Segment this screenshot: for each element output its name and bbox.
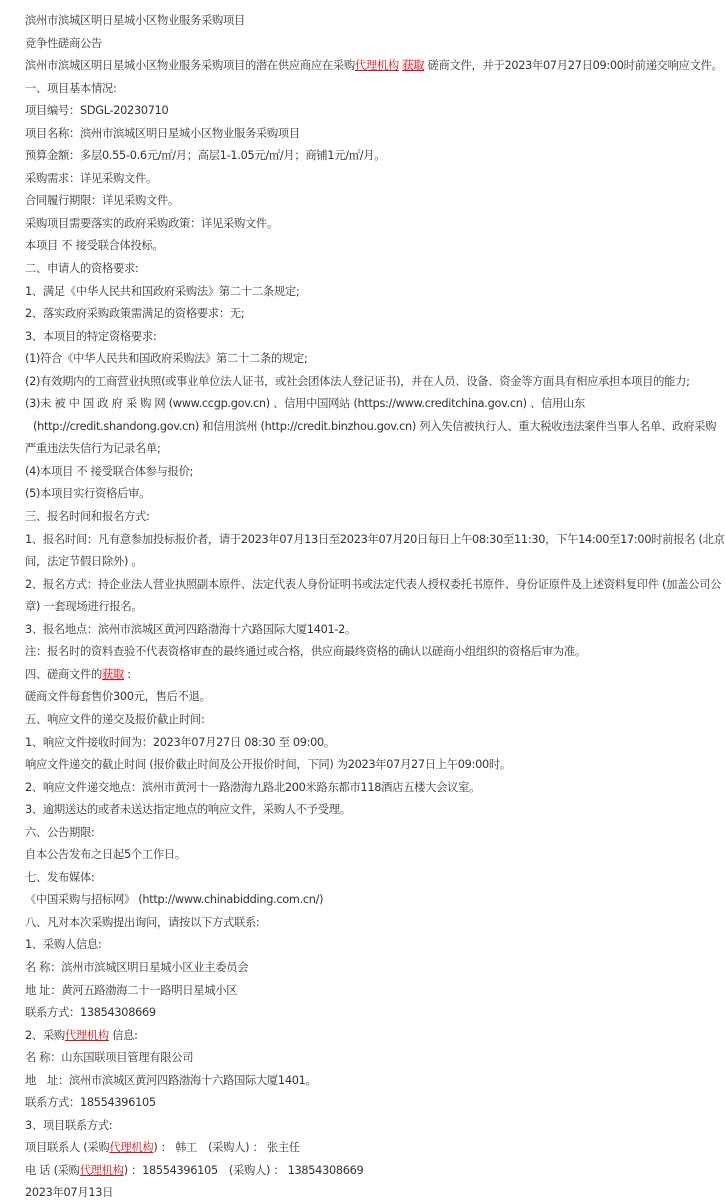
project-number: 项目编号：SDGL-20230710 (25, 100, 725, 123)
section8-heading: 八、凡对本次采购提出询问，请按以下方式联系: (25, 912, 725, 935)
section3-heading: 三、报名时间和报名方式: (25, 506, 725, 529)
publishing-media: 《中国采购与招标网》 (http://www.chinabidding.com.… (25, 889, 725, 912)
consortium-note: 本项目 不 接受联合体投标。 (25, 235, 725, 258)
intro-text-after: 磋商文件，并于2023年07月27日09:00时前递交响应文件。 (424, 59, 722, 72)
project-name: 项目名称：滨州市滨城区明日星城小区物业服务采购项目 (25, 123, 725, 146)
registration-method-line1: 2、报名方式：持企业法人营业执照副本原件、法定代表人身份证明书或法定代表人授权委… (25, 574, 725, 597)
purchaser-address: 地 址：黄河五路渤海二十一路明日星城小区 (25, 980, 725, 1003)
link-agency[interactable]: 代理机构 (355, 59, 399, 72)
contact-person-suffix: ) ： 韩工 (采购人) ： 张主任 (153, 1141, 299, 1154)
phone-suffix: ) ：18554396105 (采购人) ： 13854308669 (124, 1164, 364, 1177)
contact-person-prefix: 项目联系人 (采购 (25, 1141, 109, 1154)
link-agency[interactable]: 代理机构 (65, 1029, 109, 1042)
purchaser-heading: 1、采购人信息: (25, 934, 725, 957)
agency-name: 名 称：山东国联项目管理有限公司 (25, 1047, 725, 1070)
section2-heading: 二、申请人的资格要求: (25, 258, 725, 281)
section4-heading-colon: : (124, 668, 131, 681)
phone-prefix: 电 话 (采购 (25, 1164, 80, 1177)
section7-heading: 七、发布媒体: (25, 867, 725, 890)
registration-note: 注：报名时的资料查验不代表资格审查的最终通过或合格，供应商最终资格的确认以磋商小… (25, 641, 725, 664)
qualification-sub-5: (5)本项目实行资格后审。 (25, 483, 725, 506)
registration-location: 3、报名地点：滨州市滨城区黄河四路渤海十六路国际大厦1401-2。 (25, 619, 725, 642)
section6-heading: 六、公告期限: (25, 822, 725, 845)
link-agency[interactable]: 代理机构 (80, 1164, 124, 1177)
response-deadline: 响应文件递交的截止时间 (报价截止时间及公开报价时间，下同) 为2023年07月… (25, 754, 725, 777)
section5-heading: 五、响应文件的递交及报价截止时间: (25, 709, 725, 732)
registration-time-line1: 1、报名时间：凡有意参加投标报价者，请于2023年07月13日至2023年07月… (25, 529, 725, 552)
agency-heading-text: 2、采购 (25, 1029, 65, 1042)
response-location: 2、响应文件递交地点：滨州市黄河十一路渤海九路北200米路东都市118酒店五楼大… (25, 777, 725, 800)
qualification-sub-4: (4)本项目 不 接受联合体参与报价; (25, 461, 725, 484)
contract-period: 合同履行期限：详见采购文件。 (25, 190, 725, 213)
qualification-sub-3-line1: (3)未 被 中 国 政 府 采 购 网 (www.ccgp.gov.cn) 、… (25, 393, 725, 416)
intro-paragraph: 滨州市滨城区明日星城小区物业服务采购项目的潜在供应商应在采购代理机构 获取 磋商… (25, 55, 725, 78)
project-contact-phone: 电 话 (采购代理机构) ：18554396105 (采购人) ： 138543… (25, 1160, 725, 1183)
agency-contact: 联系方式：18554396105 (25, 1092, 725, 1115)
qualification-sub-1: (1)符合《中华人民共和国政府采购法》第二十二条的规定; (25, 348, 725, 371)
announcement-period: 自本公告发布之日起5个工作日。 (25, 844, 725, 867)
intro-text-before: 滨州市滨城区明日星城小区物业服务采购项目的潜在供应商应在采购 (25, 59, 355, 72)
agency-address: 地 址：滨州市滨城区黄河四路渤海十六路国际大厦1401。 (25, 1070, 725, 1093)
registration-time-line2: 间，法定节假日除外) 。 (25, 551, 725, 574)
document-price: 磋商文件每套售价300元，售后不退。 (25, 686, 725, 709)
document-title: 滨州市滨城区明日星城小区物业服务采购项目 (25, 10, 725, 33)
section4-heading: 四、磋商文件的获取 : (25, 664, 725, 687)
document-subtitle: 竞争性磋商公告 (25, 33, 725, 56)
purchaser-name: 名 称：滨州市滨城区明日星城小区业主委员会 (25, 957, 725, 980)
procurement-policy: 采购项目需要落实的政府采购政策：详见采购文件。 (25, 213, 725, 236)
qualification-item-1: 1、满足《中华人民共和国政府采购法》第二十二条规定; (25, 281, 725, 304)
purchaser-contact: 联系方式：13854308669 (25, 1002, 725, 1025)
link-obtain[interactable]: 获取 (102, 668, 124, 681)
registration-method-line2: 章) 一套现场进行报名。 (25, 596, 725, 619)
agency-heading: 2、采购代理机构 信息: (25, 1025, 725, 1048)
section1-heading: 一、项目基本情况: (25, 78, 725, 101)
budget: 预算金额：多层0.55-0.6元/㎡/月；高层1-1.05元/㎡/月；商铺1元/… (25, 145, 725, 168)
qualification-item-3: 3、本项目的特定资格要求: (25, 326, 725, 349)
qualification-sub-3-line2: (http://credit.shandong.gov.cn) 和信用滨州 (h… (25, 416, 725, 439)
section4-heading-text: 四、磋商文件的 (25, 668, 102, 681)
agency-heading-suffix: 信息: (109, 1029, 138, 1042)
qualification-sub-2: (2)有效期内的工商营业执照(或事业单位法人证书，或社会团体法人登记证书)，并在… (25, 371, 725, 394)
link-agency[interactable]: 代理机构 (109, 1141, 153, 1154)
announcement-document: 滨州市滨城区明日星城小区物业服务采购项目 竞争性磋商公告 滨州市滨城区明日星城小… (0, 0, 725, 1201)
late-submission-note: 3、逾期送达的或者未送达指定地点的响应文件，采购人不予受理。 (25, 799, 725, 822)
project-contact-heading: 3、项目联系方式: (25, 1115, 725, 1138)
response-receive-time: 1、响应文件接收时间为：2023年07月27日 08:30 至 09:00。 (25, 732, 725, 755)
qualification-sub-3-line3: 严重违法失信行为记录名单; (25, 438, 725, 461)
link-obtain[interactable]: 获取 (402, 59, 424, 72)
qualification-item-2: 2、落实政府采购政策需满足的资格要求：无; (25, 303, 725, 326)
project-contact-person: 项目联系人 (采购代理机构) ： 韩工 (采购人) ： 张主任 (25, 1137, 725, 1160)
announcement-date: 2023年07月13日 (25, 1182, 725, 1201)
procurement-demand: 采购需求：详见采购文件。 (25, 168, 725, 191)
